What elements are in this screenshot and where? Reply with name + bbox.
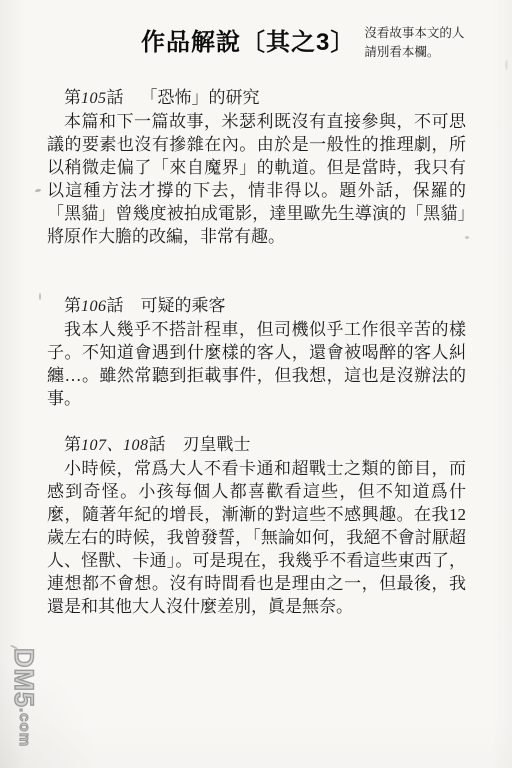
episode-num-suffix: 話	[149, 435, 166, 454]
page-title: 作品解說〔其之3〕	[141, 22, 355, 57]
episode-num-suffix: 話	[107, 88, 124, 107]
header-note-line2: 請別看本欄。	[364, 43, 464, 62]
episode-107-108-heading: 第107、108話刃皇戰士	[64, 433, 466, 457]
scan-artifact	[17, 676, 20, 679]
section-episode-106: 第106話可疑的乘客 我本人幾乎不搭計程車，但司機似乎工作很辛苦的樣子。不知道會…	[47, 294, 466, 410]
episode-num-suffix: 話	[107, 296, 124, 315]
episode-num-prefix: 第	[64, 435, 81, 454]
episode-num-prefix: 第	[64, 88, 81, 107]
commentary-content: 第105話「恐怖」的研究 本篇和下一篇故事，米瑟利既沒有直接參與，不可思議的要素…	[47, 86, 466, 618]
dm5-watermark-suffix: .com	[16, 708, 33, 747]
episode-number: 105	[81, 90, 107, 107]
episode-105-body: 本篇和下一篇故事，米瑟利既沒有直接參與，不可思議的要素也沒有摻雜在內。由於是一般…	[47, 110, 466, 248]
episode-105-heading: 第105話「恐怖」的研究	[64, 86, 466, 110]
episode-number: 106	[81, 298, 107, 315]
scan-artifact	[35, 188, 42, 192]
episode-106-body: 我本人幾乎不搭計程車，但司機似乎工作很辛苦的樣子。不知道會遇到什麼樣的客人，還會…	[47, 318, 466, 410]
scan-artifact	[505, 60, 508, 70]
scan-artifact	[39, 293, 41, 300]
episode-106-heading: 第106話可疑的乘客	[64, 294, 466, 318]
episode-number: 107、108	[81, 437, 149, 454]
episode-num-prefix: 第	[64, 296, 81, 315]
scan-artifact	[465, 236, 469, 239]
episode-106-title: 可疑的乘客	[141, 296, 226, 315]
section-episode-105: 第105話「恐怖」的研究 本篇和下一篇故事，米瑟利既沒有直接參與，不可思議的要素…	[47, 86, 466, 248]
dm5-watermark-logo: DM5.com	[8, 648, 39, 768]
header-note-line1: 沒看故事本文的人	[364, 24, 464, 43]
episode-107-108-body: 小時候，常爲大人不看卡通和超戰士之類的節目，而感到奇怪。小孩每個人都喜歡看這些，…	[47, 457, 466, 618]
header-note: 沒看故事本文的人 請別看本欄。	[364, 22, 464, 62]
page-header: 作品解說〔其之3〕 沒看故事本文的人 請別看本欄。	[141, 22, 464, 62]
dm5-watermark-main: DM5	[9, 648, 39, 708]
scanned-commentary-page: 作品解說〔其之3〕 沒看故事本文的人 請別看本欄。 第105話「恐怖」的研究 本…	[0, 0, 512, 768]
episode-105-title: 「恐怖」的研究	[141, 88, 260, 107]
section-episode-107-108: 第107、108話刃皇戰士 小時候，常爲大人不看卡通和超戰士之類的節目，而感到奇…	[47, 433, 466, 618]
episode-107-108-title: 刃皇戰士	[183, 435, 251, 454]
